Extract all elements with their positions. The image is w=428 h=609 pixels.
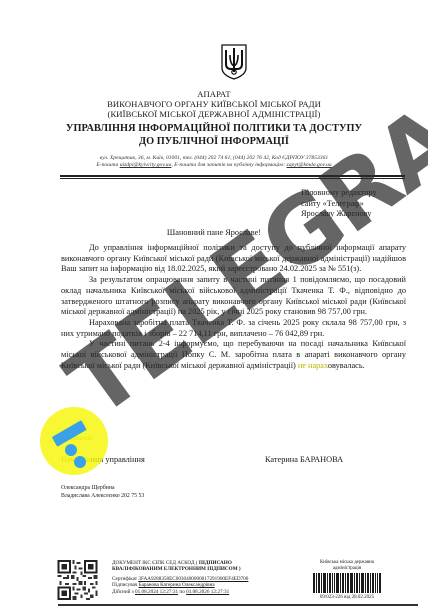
signer-value: Баранова Катерина Олександрівна	[139, 582, 215, 588]
certificate-value: 3FAA9288358EC0030400000017291900EF4ED700	[138, 576, 248, 582]
ukraine-trident-icon	[221, 44, 247, 80]
org-line-2: ВИКОНАВЧОГО ОРГАНУ КИЇВСЬКОЇ МІСЬКОЇ РАД…	[0, 99, 428, 110]
validity-label: Дійсний з	[112, 589, 134, 595]
qr-code-icon	[57, 560, 98, 600]
department-title-line-2: ДО ПУБЛІЧНОЇ ІНФОРМАЦІЇ	[0, 136, 428, 149]
e-signature-title-qualified: КВАЛІФІКОВАНИМ ЕЛЕКТРОННИМ ПІДПИСОМ )	[112, 566, 241, 572]
valid-to: 01.08.2026 12:27:31	[186, 589, 229, 595]
org-line-1: АПАРАТ	[0, 89, 428, 100]
paragraph-salary-accrued: Нарахована заробітна плата Ткаченка Т. Ф…	[61, 318, 406, 339]
valid-to-label: по	[179, 589, 184, 595]
e-signature-title-2: КВАЛІФІКОВАНИМ ЕЛЕКТРОННИМ ПІДПИСОМ )	[112, 566, 292, 572]
org-line-3: (КИЇВСЬКОЇ МІСЬКОЇ ДЕРЖАВНОЇ АДМІНІСТРАЦ…	[0, 109, 428, 120]
recipient-line-1: Головному редактору	[301, 188, 377, 199]
signer-name: Катерина БАРАНОВА	[265, 455, 343, 464]
executor-1: Олександра Щербина	[61, 484, 144, 492]
valid-from: 01.08.2024 12:27:31	[135, 589, 178, 595]
recipient-line-2: сайту «Телеграф»	[301, 199, 377, 210]
email-label: E-пошта	[96, 162, 118, 168]
paragraph-request-received: До управління інформаційної політики та …	[61, 243, 406, 275]
greeting: Шановний пане Ярославе!	[0, 228, 428, 237]
highlighted-text: не нарах	[298, 361, 328, 370]
registration-stamp: Київська міська державна адміністрація 0…	[297, 560, 397, 601]
validity-line: Дійсний з 01.08.2024 12:27:31 по 01.08.2…	[112, 589, 292, 595]
telegraf-logo-badge-icon	[38, 405, 110, 477]
paragraph-questions-2-4: У частині питань 2-4 інформуємо, що пере…	[61, 339, 406, 371]
barcode-icon	[313, 573, 381, 593]
certificate-label: Сертифікат	[112, 576, 137, 582]
executors-block: Олександра Щербина Владислава Алексеєнко…	[61, 484, 144, 500]
header-divider-thin	[60, 178, 405, 179]
paragraph-questions-2-4-tail: овувалась.	[328, 361, 365, 370]
executor-2: Владислава Алексеєнко 202 75 53	[61, 492, 144, 500]
recipient-block: Головному редактору сайту «Телеграф» Яро…	[301, 188, 377, 220]
recipient-line-3: Ярославу Жарєнову	[301, 209, 377, 220]
department-title-line-1: УПРАВЛІННЯ ІНФОРМАЦІЙНОЇ ПОЛІТИКИ ТА ДОС…	[0, 123, 428, 136]
email-link[interactable]: uizdpi@kyivcity.gov.ua	[120, 162, 172, 168]
footer-divider	[58, 604, 418, 606]
letter-body: До управління інформаційної політики та …	[61, 243, 406, 371]
registration-org-line-2: адміністрація	[297, 566, 397, 572]
registration-number: 09/023-226 від 28.02.2025	[297, 595, 397, 601]
header-divider-thick	[60, 175, 405, 177]
email-requests-label: , E-пошта для запитів на публічну інформ…	[171, 162, 285, 168]
email-requests-link[interactable]: zapyt@kmda.gov.ua	[287, 162, 332, 168]
paragraph-salary-rate: За результатом опрацювання запиту в част…	[61, 275, 406, 318]
email-line: E-пошта uizdpi@kyivcity.gov.ua, E-пошта …	[0, 162, 428, 169]
signer-label: Підписувач	[112, 582, 137, 588]
letter-page: АПАРАТ ВИКОНАВЧОГО ОРГАНУ КИЇВСЬКОЇ МІСЬ…	[0, 0, 428, 609]
e-signature-block: ДОКУМЕНТ ІКС ЄІПК СЕД АСКОД ( ПІДПИСАНО …	[112, 560, 292, 595]
